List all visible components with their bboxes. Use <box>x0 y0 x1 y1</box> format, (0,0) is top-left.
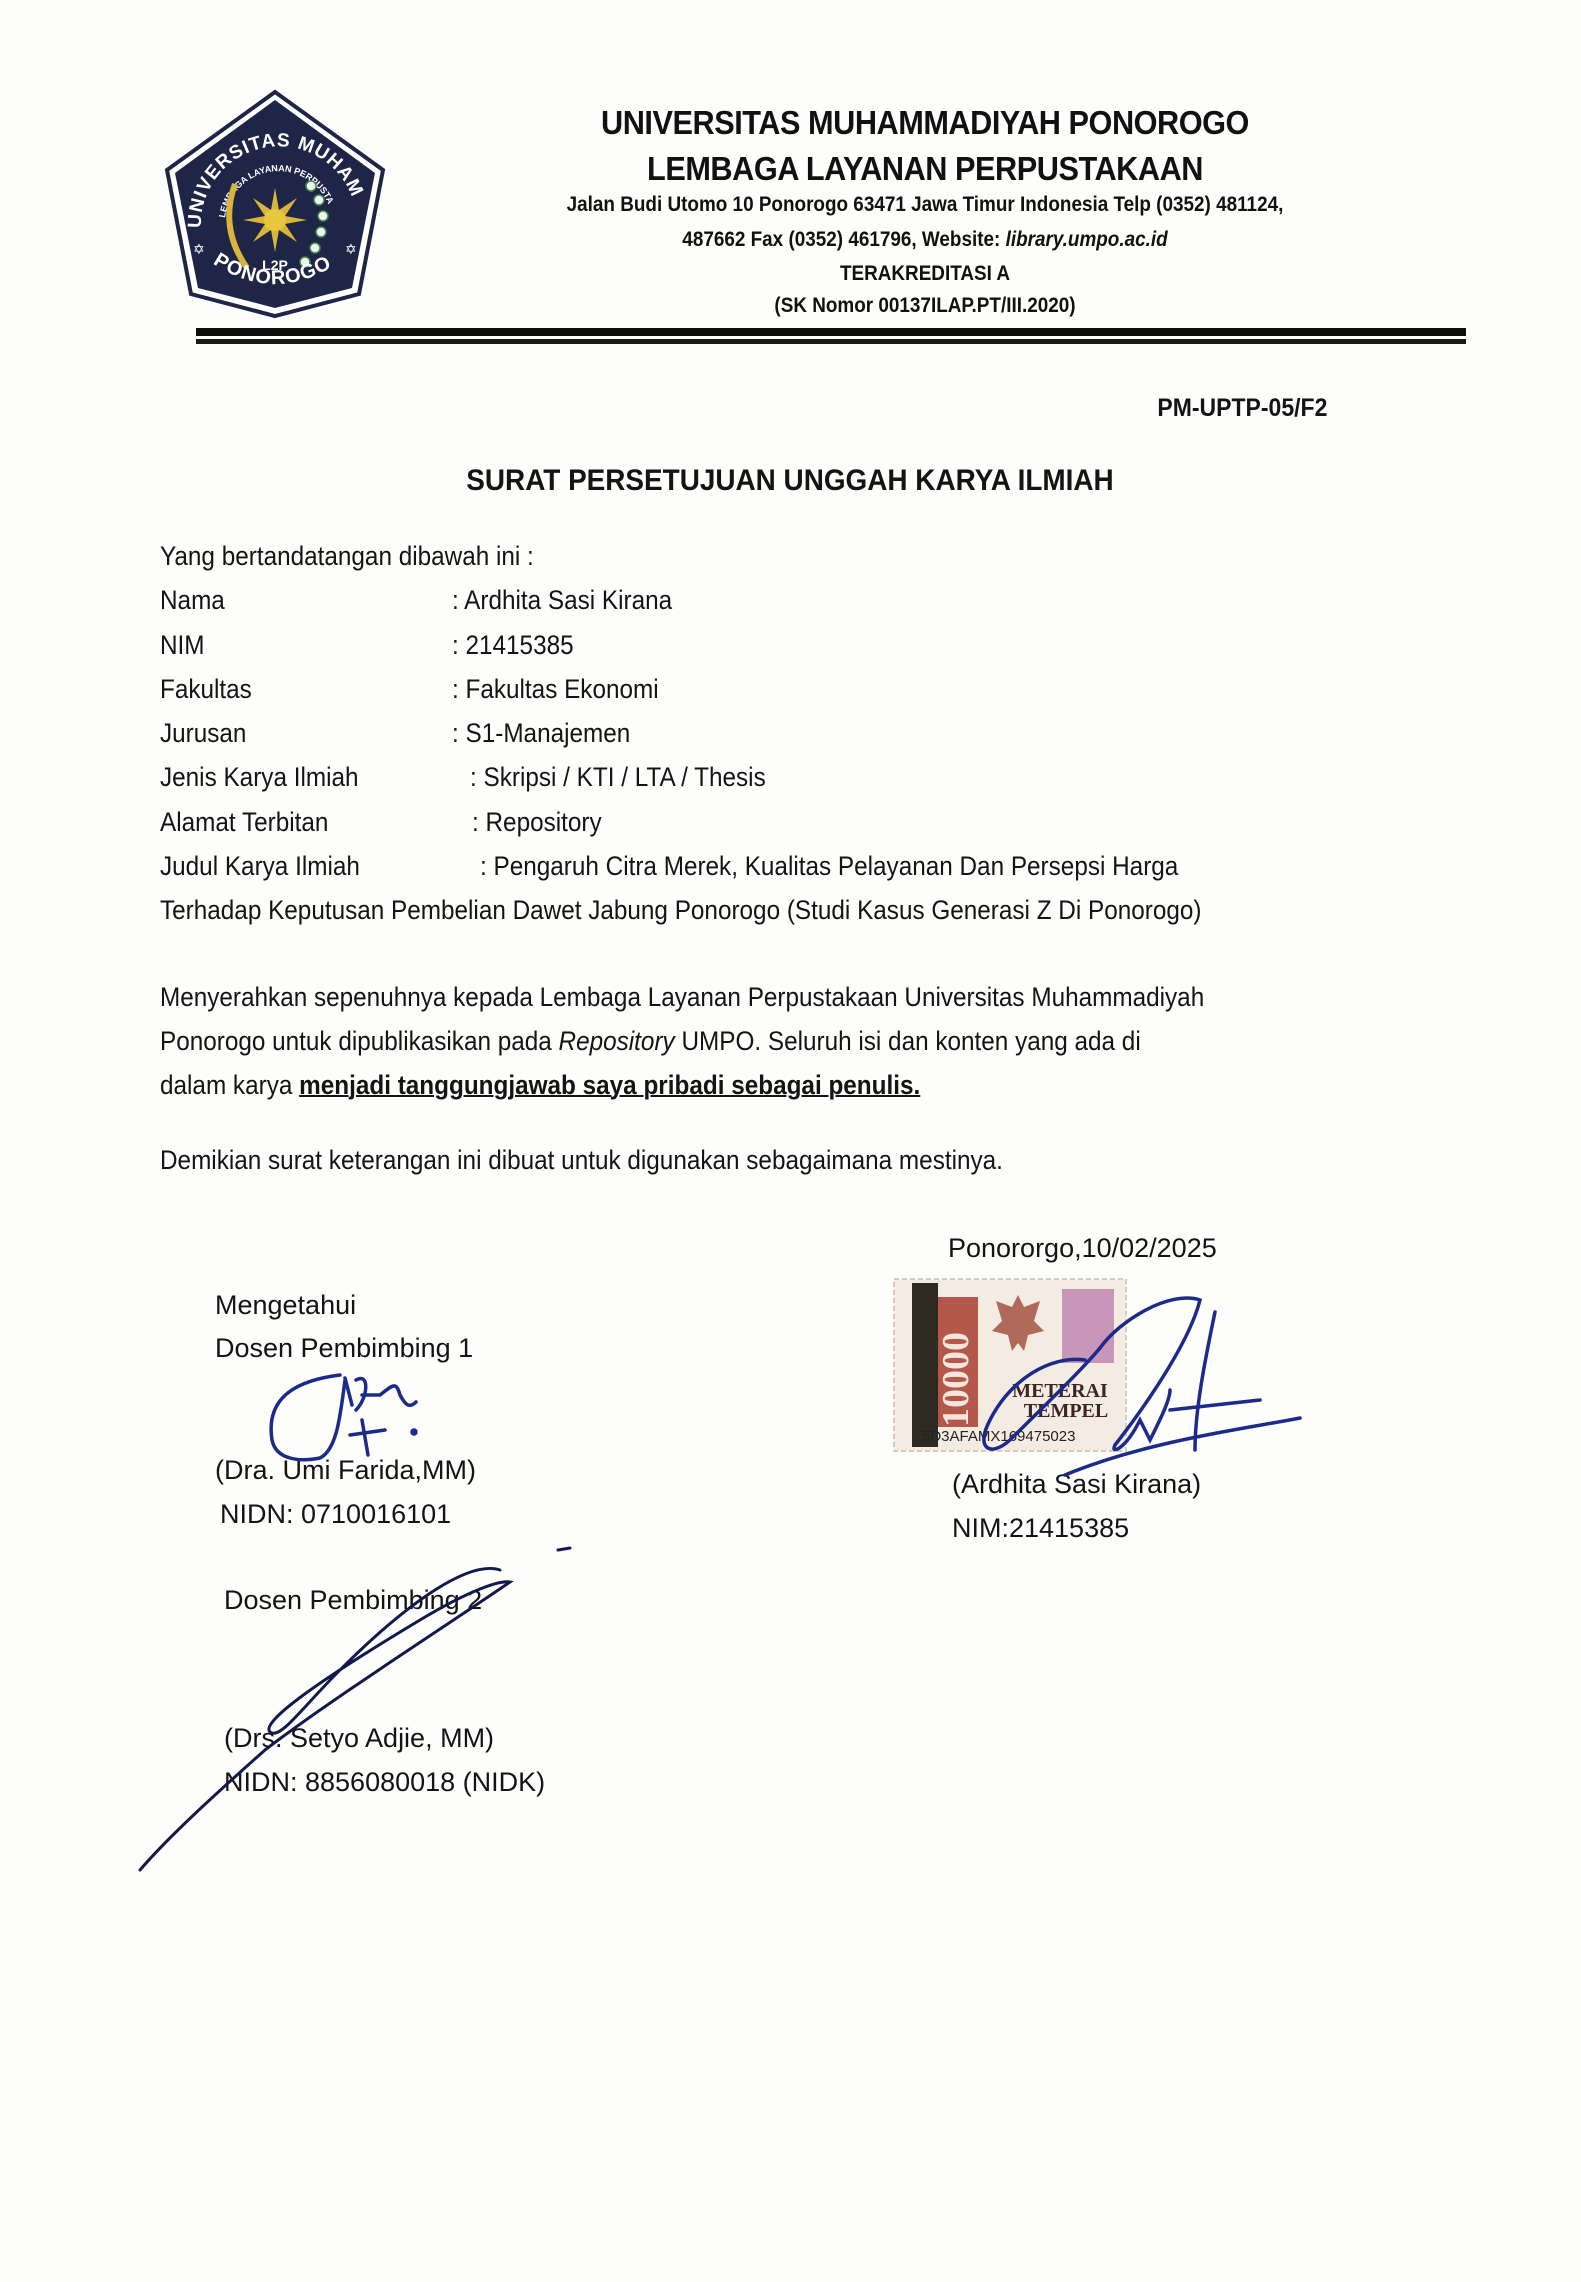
accreditation: TERAKREDITASI A <box>462 262 1389 286</box>
field-value-judul: : Pengaruh Citra Merek, Kualitas Pelayan… <box>480 851 1178 882</box>
intro-text: Yang bertandatangan dibawah ini : <box>160 541 534 572</box>
statement-text: Ponorogo untuk dipublikasikan pada <box>160 1026 559 1056</box>
place-date: Ponororgo,10/02/2025 <box>948 1233 1217 1264</box>
statement-line-3: dalam karya menjadi tanggungjawab saya p… <box>160 1070 920 1101</box>
student-nim: NIM:21415385 <box>952 1513 1129 1544</box>
field-value-judul-continued: Terhadap Keputusan Pembelian Dawet Jabun… <box>160 895 1201 926</box>
address-line: Jalan Budi Utomo 10 Ponorogo 63471 Jawa … <box>462 193 1389 217</box>
supervisor-2-nidn: NIDN: 8856080018 (NIDK) <box>224 1767 545 1798</box>
field-value-fakultas: : Fakultas Ekonomi <box>452 674 659 705</box>
svg-text:5D3AFAMX169475023: 5D3AFAMX169475023 <box>922 1428 1075 1445</box>
statement-line-2: Ponorogo untuk dipublikasikan pada Repos… <box>160 1026 1141 1057</box>
supervisor-1-signature-icon <box>271 1375 416 1460</box>
acknowledged-label: Mengetahui <box>215 1290 356 1321</box>
institution-name: LEMBAGA LAYANAN PERPUSTAKAAN <box>446 150 1404 188</box>
svg-text:✡: ✡ <box>193 241 205 257</box>
field-value-alamat-terbitan: : Repository <box>472 807 602 838</box>
field-value-nim: : 21415385 <box>452 630 574 661</box>
sk-number: (SK Nomor 00137ILAP.PT/III.2020) <box>462 294 1389 318</box>
form-code: PM-UPTP-05/F2 <box>1157 394 1327 423</box>
responsibility-clause: menjadi tanggungjawab saya pribadi sebag… <box>299 1070 920 1100</box>
supervisor-1-role: Dosen Pembimbing 1 <box>215 1333 473 1364</box>
supervisor-1-nidn: NIDN: 0710016101 <box>220 1499 451 1530</box>
contact-line: 487662 Fax (0352) 461796, Website: libra… <box>462 228 1389 252</box>
svg-text:METERAI: METERAI <box>1012 1380 1108 1402</box>
field-label-jenis-karya: Jenis Karya Ilmiah <box>160 762 359 793</box>
supervisor-2-role: Dosen Pembimbing 2 <box>224 1585 482 1616</box>
document-title: SURAT PERSETUJUAN UNGGAH KARYA ILMIAH <box>334 464 1245 498</box>
university-name: UNIVERSITAS MUHAMMADIYAH PONOROGO <box>446 104 1404 142</box>
fax-text: 487662 Fax (0352) 461796, Website: <box>682 228 1005 251</box>
field-label-jurusan: Jurusan <box>160 718 246 749</box>
closing-text: Demikian surat keterangan ini dibuat unt… <box>160 1145 1003 1176</box>
website-link[interactable]: library.umpo.ac.id <box>1006 228 1168 251</box>
statement-text: dalam karya <box>160 1070 299 1100</box>
field-label-nama: Nama <box>160 585 225 616</box>
svg-text:10000: 10000 <box>935 1332 977 1427</box>
revenue-stamp-icon: 10000 METERAI TEMPEL 5D3AFAMX169475023 <box>890 1275 1130 1455</box>
letterhead-divider <box>196 328 1466 348</box>
supervisor-2-name: (Drs. Setyo Adjie, MM) <box>224 1723 494 1754</box>
student-name: (Ardhita Sasi Kirana) <box>952 1469 1201 1500</box>
field-value-nama: : Ardhita Sasi Kirana <box>452 585 672 616</box>
svg-text:TEMPEL: TEMPEL <box>1024 1400 1108 1422</box>
field-value-jurusan: : S1-Manajemen <box>452 718 630 749</box>
repository-term: Repository <box>559 1026 675 1056</box>
svg-text:✡: ✡ <box>345 241 357 257</box>
field-label-fakultas: Fakultas <box>160 674 252 705</box>
statement-line-1: Menyerahkan sepenuhnya kepada Lembaga La… <box>160 982 1204 1013</box>
supervisor-1-name: (Dra. Umi Farida,MM) <box>215 1455 476 1486</box>
university-seal-icon: UNIVERSITAS MUHAMMADIYAH LEMBAGA LAYANAN… <box>163 88 388 320</box>
field-label-nim: NIM <box>160 630 205 661</box>
field-label-alamat-terbitan: Alamat Terbitan <box>160 807 328 838</box>
field-label-judul: Judul Karya Ilmiah <box>160 851 360 882</box>
statement-text: UMPO. Seluruh isi dan konten yang ada di <box>675 1026 1141 1056</box>
field-value-jenis-karya: : Skripsi / KTI / LTA / Thesis <box>470 762 766 793</box>
